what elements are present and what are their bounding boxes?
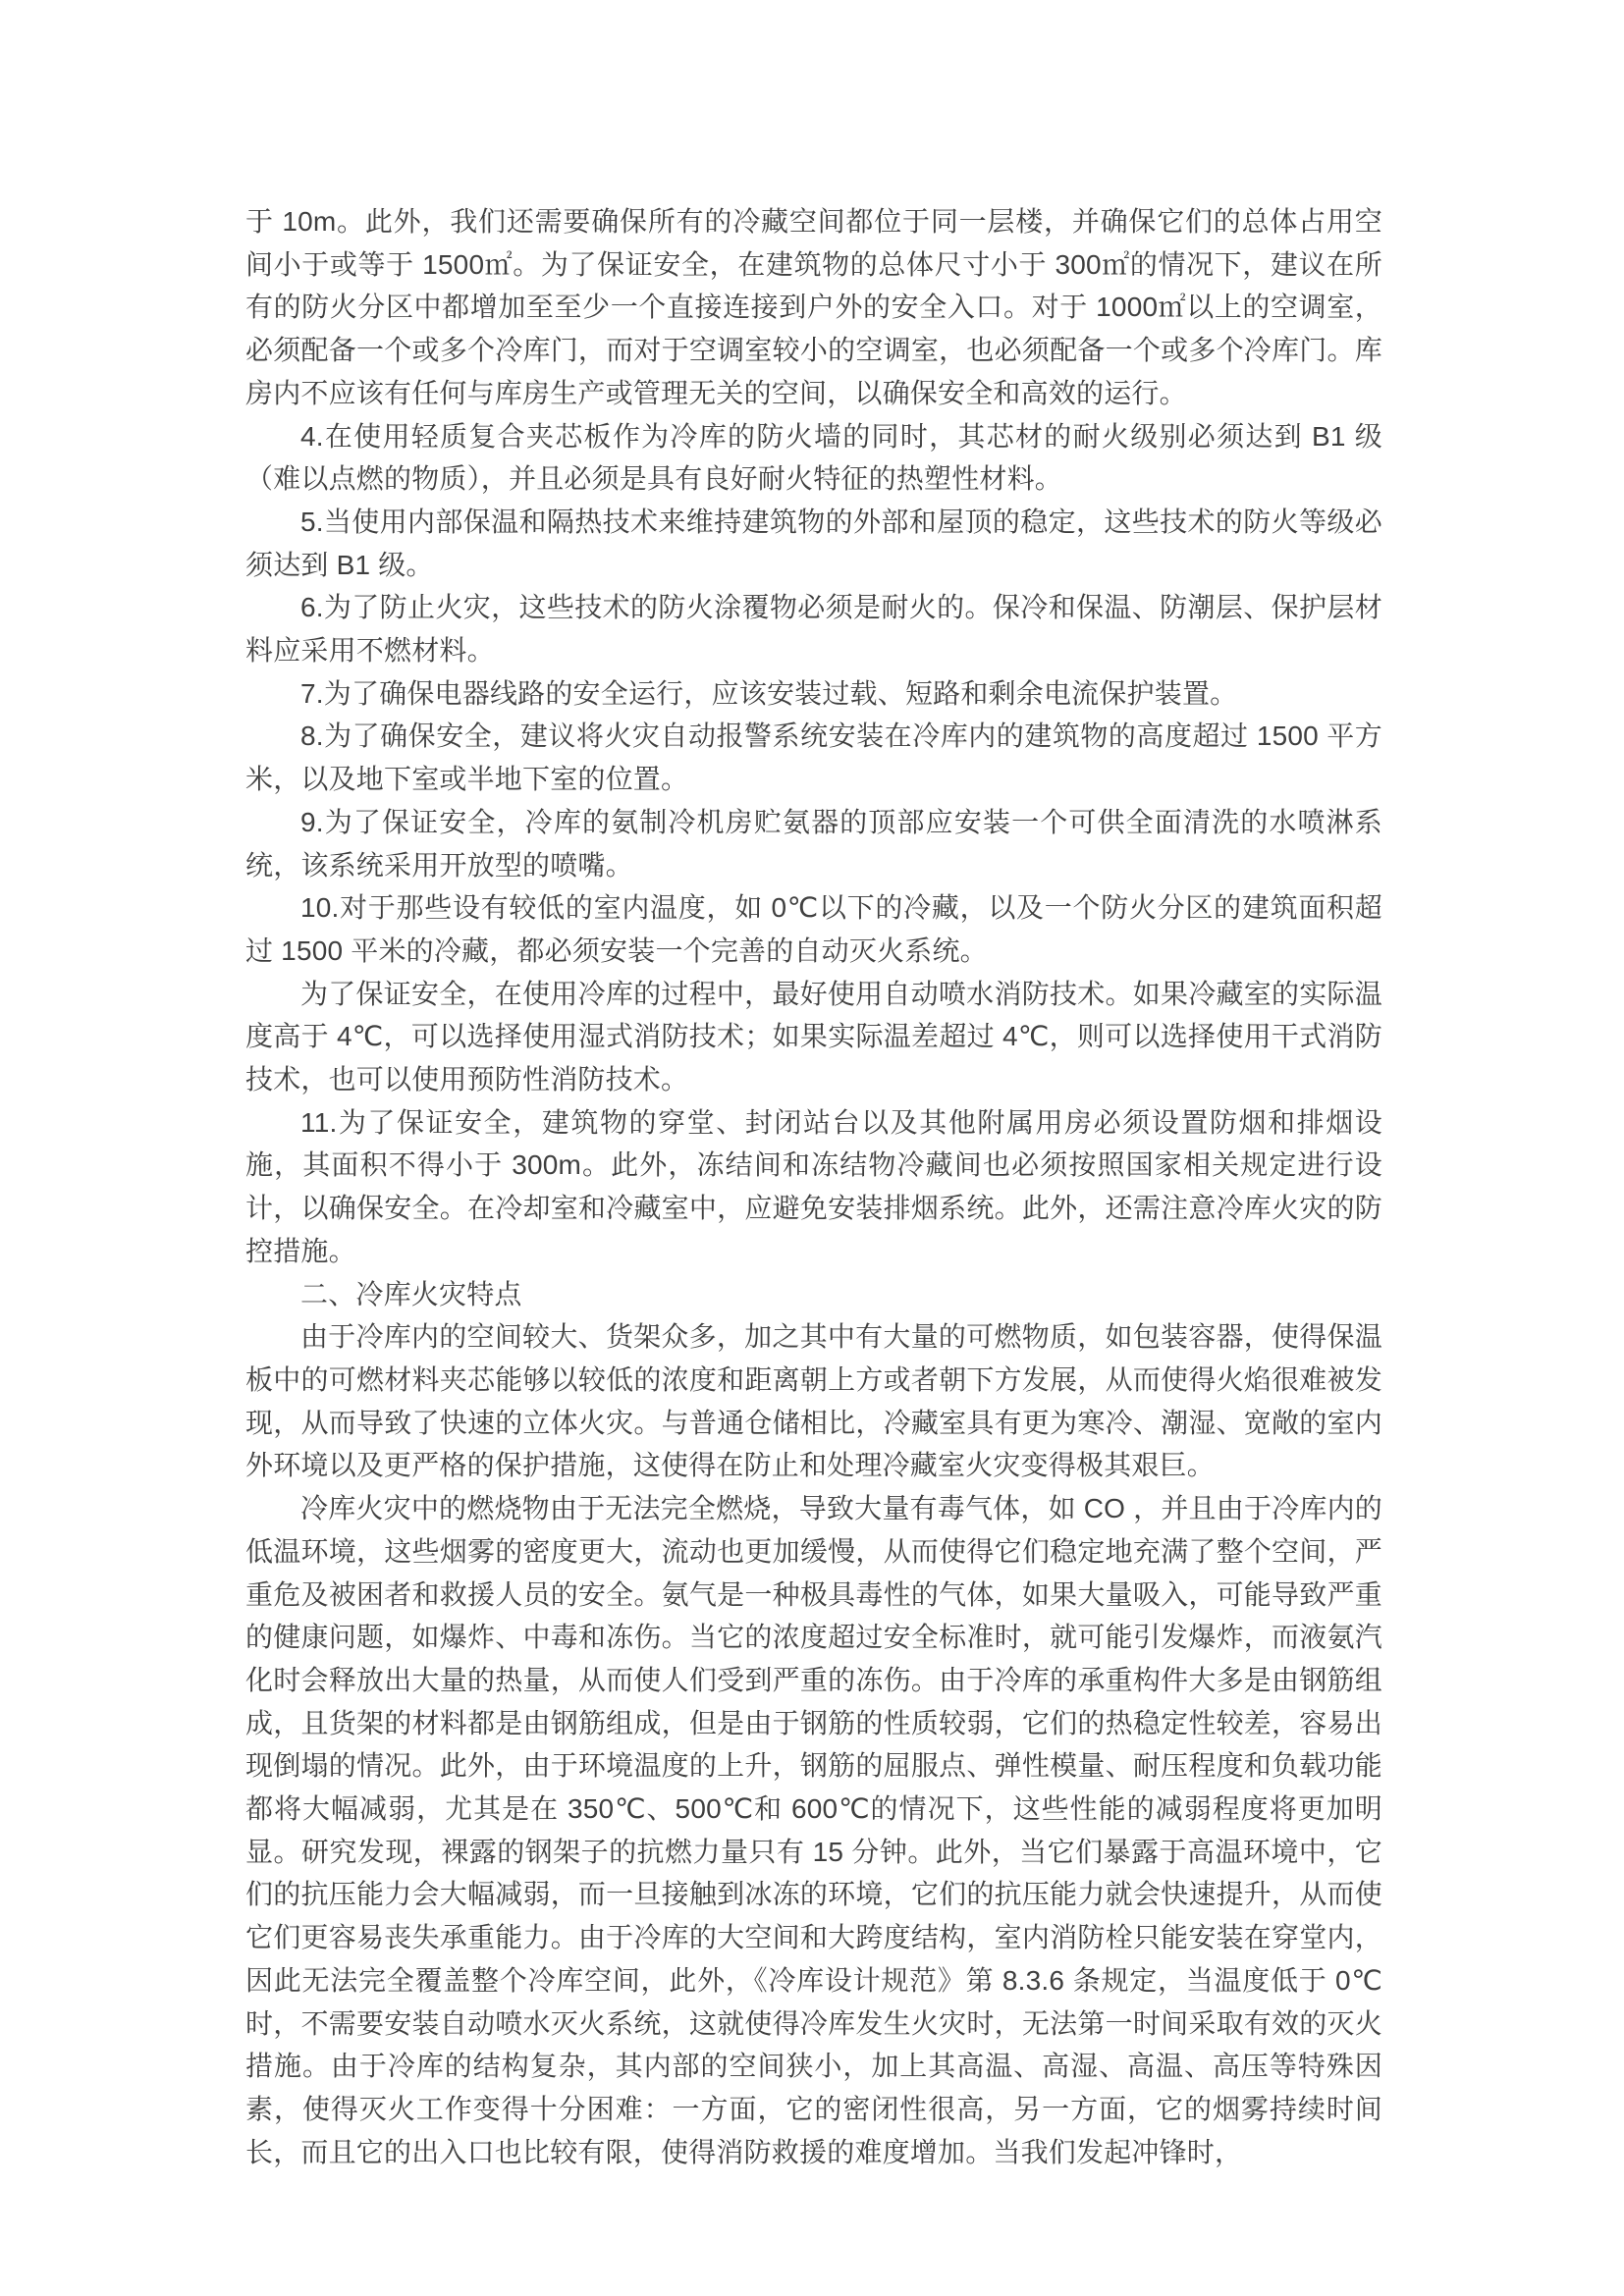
paragraph-fire-tech: 为了保证安全，在使用冷库的过程中，最好使用自动喷水消防技术。如果冷藏室的实际温度… [245,973,1382,1101]
document-page: 于 10m。此外，我们还需要确保所有的冷藏空间都位于同一层楼，并确保它们的总体占… [0,0,1624,2296]
paragraph-continuation: 于 10m。此外，我们还需要确保所有的冷藏空间都位于同一层楼，并确保它们的总体占… [245,200,1382,415]
numbered-item-11: 11.为了保证安全，建筑物的穿堂、封闭站台以及其他附属用房必须设置防烟和排烟设施… [245,1101,1382,1273]
numbered-item-8: 8.为了确保安全，建议将火灾自动报警系统安装在冷库内的建筑物的高度超过 1500… [245,715,1382,800]
numbered-item-10: 10.对于那些设有较低的室内温度，如 0℃以下的冷藏，以及一个防火分区的建筑面积… [245,886,1382,972]
numbered-item-5: 5.当使用内部保温和隔热技术来维持建筑物的外部和屋顶的稳定，这些技术的防火等级必… [245,501,1382,586]
numbered-item-9: 9.为了保证安全，冷库的氨制冷机房贮氨器的顶部应安装一个可供全面清洗的水喷淋系统… [245,801,1382,886]
section-heading: 二、冷库火灾特点 [245,1273,1382,1316]
numbered-item-6: 6.为了防止火灾，这些技术的防火涂覆物必须是耐火的。保冷和保温、防潮层、保护层材… [245,586,1382,671]
document-text-block: 于 10m。此外，我们还需要确保所有的冷藏空间都位于同一层楼，并确保它们的总体占… [245,200,1382,2173]
numbered-item-4: 4.在使用轻质复合夹芯板作为冷库的防火墙的同时，其芯材的耐火级别必须达到 B1 … [245,415,1382,501]
paragraph-combustion-hazards: 冷库火灾中的燃烧物由于无法完全燃烧，导致大量有毒气体，如 CO ，并且由于冷库内… [245,1487,1382,2173]
numbered-item-7: 7.为了确保电器线路的安全运行，应该安装过载、短路和剩余电流保护装置。 [245,672,1382,716]
paragraph-fire-characteristics: 由于冷库内的空间较大、货架众多，加之其中有大量的可燃物质，如包装容器，使得保温板… [245,1315,1382,1487]
